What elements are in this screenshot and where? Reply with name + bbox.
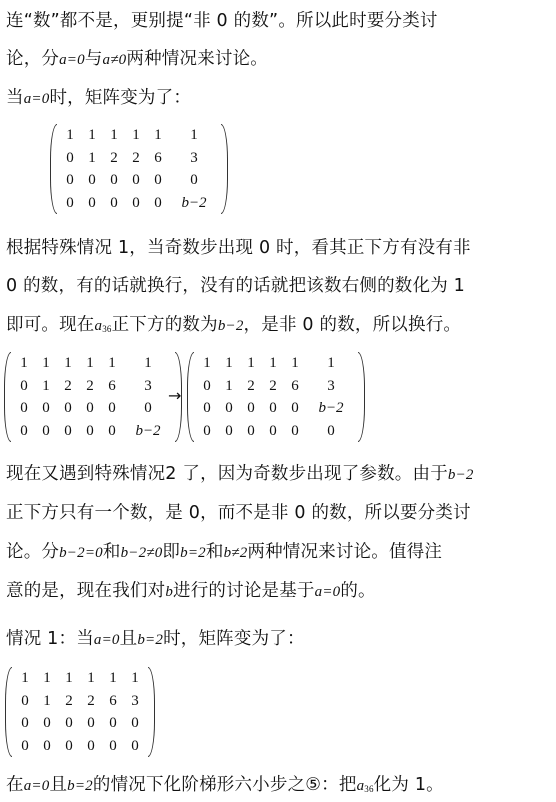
matrix-cell: 0 (262, 422, 284, 441)
text: 的情况下化阶梯形六小步之⑤：把 (93, 775, 357, 795)
math-subscript: 36 (102, 324, 111, 334)
math-expr: b (165, 584, 173, 600)
math-expr: a=0 (59, 52, 85, 68)
text-line: 现在又遇到特殊情况2 了，因为奇数步出现了参数。由于b−2 (6, 462, 474, 487)
matrix-cell: 1 (306, 354, 356, 373)
left-paren (4, 352, 11, 442)
matrix-cell: 0 (35, 422, 57, 441)
matrix-cell: 3 (123, 377, 173, 396)
matrix-cell: 1 (262, 354, 284, 373)
matrix-cell: 0 (14, 737, 36, 756)
matrix-cell: 1 (35, 354, 57, 373)
matrix-cell: 0 (81, 194, 103, 213)
matrix-cell: 1 (58, 669, 80, 688)
text: 的。 (340, 581, 375, 601)
math-expr: b−2 (218, 318, 244, 334)
text-line: 论，分a=0与a≠0两种情况来讨论。 (6, 47, 268, 72)
matrix-cell: 1 (218, 377, 240, 396)
matrix-cell: 0 (79, 422, 101, 441)
left-paren (5, 667, 12, 757)
math-expr: a=0 (94, 632, 120, 648)
matrix-cell: 0 (218, 422, 240, 441)
arrow-icon: → (168, 386, 181, 405)
matrix-cell: 0 (14, 714, 36, 733)
matrix-cell: 1 (240, 354, 262, 373)
matrix-cell: 0 (284, 399, 306, 418)
matrix-a-zero: 11111101226300000000000b−2 (50, 124, 228, 214)
matrix-cell: 0 (57, 399, 79, 418)
matrix-cell: 1 (102, 669, 124, 688)
matrix-cell: b−2 (306, 399, 356, 418)
matrix-cell: 1 (14, 669, 36, 688)
matrix-cell: 0 (102, 737, 124, 756)
text-line: 0 的数，有的话就换行，没有的话就把该数右侧的数化为 1 (6, 274, 465, 298)
matrix-case1: 111111012263000000000000 (5, 667, 155, 757)
matrix-cell: 1 (81, 149, 103, 168)
text: 情况 1：当 (6, 629, 94, 649)
matrix-cell: 0 (218, 399, 240, 418)
matrix-grid: 111111012263000000000000 (12, 667, 148, 757)
matrix-cell: 1 (284, 354, 306, 373)
matrix-cell: 0 (79, 399, 101, 418)
right-paren (358, 352, 365, 442)
text-line: 当a=0时，矩阵变为了： (6, 86, 191, 111)
matrix-cell: 1 (103, 126, 125, 145)
matrix-grid: 11111101226300000000000b−2 (57, 124, 221, 214)
text: 即可。现在 (6, 315, 95, 335)
math-expr: a=0 (24, 778, 50, 794)
matrix-cell: 0 (80, 714, 102, 733)
text: 且 (49, 775, 67, 795)
matrix-cell: 2 (103, 149, 125, 168)
matrix-cell: 1 (124, 669, 146, 688)
matrix-cell: 1 (147, 126, 169, 145)
text-line: 论。分b−2=0和b−2≠0即b=2和b≠2两种情况来讨论。值得注 (6, 540, 442, 565)
matrix-cell: 1 (125, 126, 147, 145)
math-expr: b−2≠0 (121, 545, 163, 561)
text: 意的是，现在我们对 (6, 581, 165, 601)
text: 化为 1。 (374, 775, 444, 795)
matrix-cell: 2 (262, 377, 284, 396)
matrix-after-swap: 11111101226300000b−2000000 (187, 352, 365, 442)
matrix-cell: 1 (80, 669, 102, 688)
right-paren (148, 667, 155, 757)
matrix-cell: 0 (59, 171, 81, 190)
matrix-cell: 1 (169, 126, 219, 145)
matrix-cell: 2 (58, 692, 80, 711)
matrix-cell: 1 (57, 354, 79, 373)
matrix-grid: 11111101226300000b−2000000 (194, 352, 358, 442)
matrix-cell: 0 (103, 171, 125, 190)
math-expr: b=2 (180, 545, 206, 561)
matrix-cell: 1 (13, 354, 35, 373)
text: 两种情况来讨论。值得注 (247, 542, 442, 562)
math-expr: a36 (95, 318, 112, 334)
matrix-cell: 0 (240, 399, 262, 418)
text: 进行的讨论是基于 (173, 581, 315, 601)
math-expr: a36 (357, 778, 374, 794)
text: 两种情况来讨论。 (126, 49, 268, 69)
matrix-cell: 0 (36, 714, 58, 733)
text: 即 (162, 542, 180, 562)
text: 且 (120, 629, 138, 649)
matrix-cell: 0 (196, 422, 218, 441)
matrix-cell: 0 (81, 171, 103, 190)
matrix-cell: 0 (58, 714, 80, 733)
matrix-cell: 2 (240, 377, 262, 396)
math-subscript: 36 (364, 784, 373, 794)
text-line: 在a=0且b=2的情况下化阶梯形六小步之⑤：把a36化为 1。 (6, 773, 444, 801)
math-expr: b=2 (137, 632, 163, 648)
matrix-cell: 0 (13, 422, 35, 441)
matrix-cell: 0 (13, 399, 35, 418)
text: 正下方的数为 (112, 315, 218, 335)
text: 时，矩阵变为了： (49, 88, 191, 108)
text-line: 意的是，现在我们对b进行的讨论是基于a=0的。 (6, 579, 376, 604)
matrix-cell: 0 (36, 737, 58, 756)
text: 论，分 (6, 49, 59, 69)
matrix-cell: 6 (101, 377, 123, 396)
matrix-cell: 2 (80, 692, 102, 711)
matrix-cell: 6 (284, 377, 306, 396)
right-paren (221, 124, 228, 214)
text-line: 连“数”都不是，更别提“非 0 的数”。所以此时要分类讨 (6, 9, 438, 33)
left-paren (50, 124, 57, 214)
matrix-cell: 0 (58, 737, 80, 756)
text-line: 即可。现在a36正下方的数为b−2，是非 0 的数，所以换行。 (6, 313, 461, 341)
math-expr: b−2=0 (59, 545, 103, 561)
matrix-cell: 3 (169, 149, 219, 168)
text: 论。分 (6, 542, 59, 562)
matrix-cell: 2 (79, 377, 101, 396)
matrix-cell: 1 (36, 692, 58, 711)
matrix-cell: b−2 (123, 422, 173, 441)
matrix-cell: 1 (59, 126, 81, 145)
matrix-cell: 1 (218, 354, 240, 373)
matrix-cell: 0 (57, 422, 79, 441)
text: ，是非 0 的数，所以换行。 (244, 315, 462, 335)
text: 现在又遇到特殊情况2 了，因为奇数步出现了参数。由于 (6, 464, 448, 484)
text-line: 情况 1：当a=0且b=2时，矩阵变为了： (6, 627, 305, 652)
matrix-cell: 0 (169, 171, 219, 190)
matrix-cell: 1 (123, 354, 173, 373)
matrix-cell: 0 (101, 399, 123, 418)
matrix-cell: 0 (59, 194, 81, 213)
matrix-cell: b−2 (169, 194, 219, 213)
matrix-cell: 1 (35, 377, 57, 396)
text: 和 (206, 542, 224, 562)
matrix-before-swap: 11111101226300000000000b−2 (4, 352, 182, 442)
matrix-cell: 0 (102, 714, 124, 733)
matrix-cell: 0 (125, 171, 147, 190)
math-expr: a=0 (315, 584, 341, 600)
text: 和 (103, 542, 121, 562)
text: 时，矩阵变为了： (163, 629, 305, 649)
matrix-cell: 1 (196, 354, 218, 373)
matrix-cell: 1 (101, 354, 123, 373)
matrix-cell: 1 (81, 126, 103, 145)
matrix-cell: 6 (147, 149, 169, 168)
matrix-cell: 0 (196, 377, 218, 396)
math-expr: a≠0 (103, 52, 127, 68)
math-expr: a=0 (24, 91, 50, 107)
matrix-cell: 0 (101, 422, 123, 441)
matrix-cell: 3 (124, 692, 146, 711)
matrix-cell: 1 (79, 354, 101, 373)
matrix-grid: 11111101226300000000000b−2 (11, 352, 175, 442)
matrix-cell: 0 (196, 399, 218, 418)
text: 在 (6, 775, 24, 795)
matrix-cell: 0 (147, 194, 169, 213)
matrix-cell: 0 (147, 171, 169, 190)
matrix-cell: 0 (80, 737, 102, 756)
matrix-cell: 0 (123, 399, 173, 418)
matrix-cell: 0 (240, 422, 262, 441)
matrix-cell: 0 (284, 422, 306, 441)
matrix-cell: 2 (125, 149, 147, 168)
text: 当 (6, 88, 24, 108)
math-expr: b≠2 (224, 545, 248, 561)
text: 与 (85, 49, 103, 69)
matrix-cell: 6 (102, 692, 124, 711)
text-line: 正下方只有一个数，是 0，而不是非 0 的数，所以要分类讨 (6, 501, 471, 525)
matrix-cell: 0 (125, 194, 147, 213)
text-line: 根据特殊情况 1，当奇数步出现 0 时，看其正下方有没有非 (6, 236, 471, 260)
matrix-cell: 3 (306, 377, 356, 396)
math-expr: b=2 (67, 778, 93, 794)
matrix-cell: 1 (36, 669, 58, 688)
matrix-cell: 0 (262, 399, 284, 418)
matrix-cell: 0 (35, 399, 57, 418)
left-paren (187, 352, 194, 442)
matrix-cell: 0 (306, 422, 356, 441)
matrix-cell: 0 (124, 737, 146, 756)
math-expr: b−2 (448, 467, 474, 483)
matrix-cell: 0 (103, 194, 125, 213)
matrix-cell: 0 (59, 149, 81, 168)
matrix-cell: 0 (13, 377, 35, 396)
matrix-cell: 0 (124, 714, 146, 733)
matrix-cell: 0 (14, 692, 36, 711)
matrix-cell: 2 (57, 377, 79, 396)
